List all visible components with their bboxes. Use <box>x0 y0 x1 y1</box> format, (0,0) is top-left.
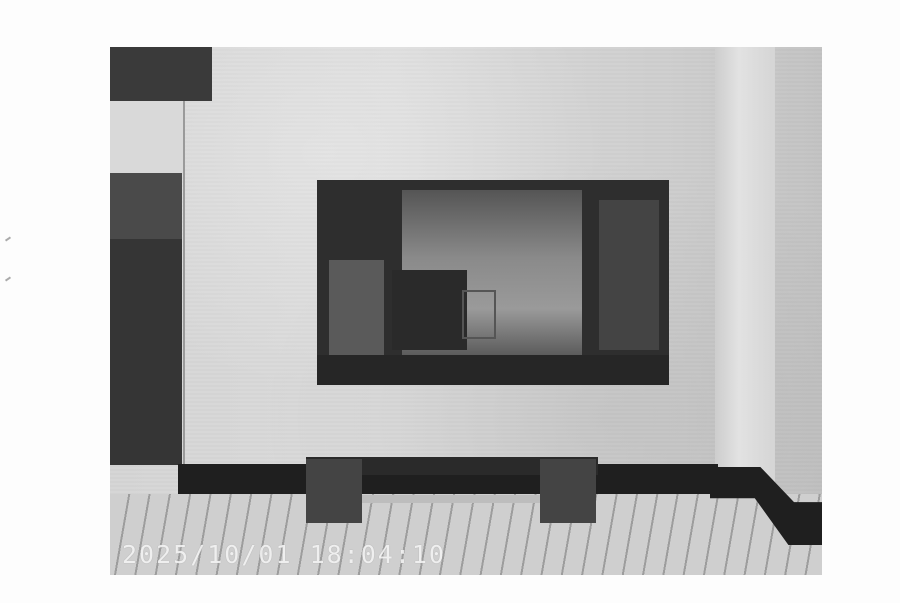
right-pillar <box>715 47 775 497</box>
doorway-transom <box>110 173 182 239</box>
interior-object <box>392 270 467 350</box>
pillar-edge <box>183 101 185 465</box>
photograph: 2025/10/01 18:04:10 <box>110 47 822 575</box>
scan-mark <box>5 276 11 281</box>
window-left-pane <box>329 260 384 365</box>
window-sill <box>317 355 669 385</box>
bench-gap <box>362 495 540 503</box>
scan-mark <box>5 236 11 241</box>
overhang-block <box>110 47 212 101</box>
interior-frame <box>462 290 496 339</box>
window-right-pane <box>599 200 659 350</box>
timestamp: 2025/10/01 18:04:10 <box>122 540 446 569</box>
bench-leg-right <box>540 459 596 523</box>
bench-leg-left <box>306 459 362 523</box>
window <box>317 180 669 385</box>
left-pillar <box>110 101 185 173</box>
